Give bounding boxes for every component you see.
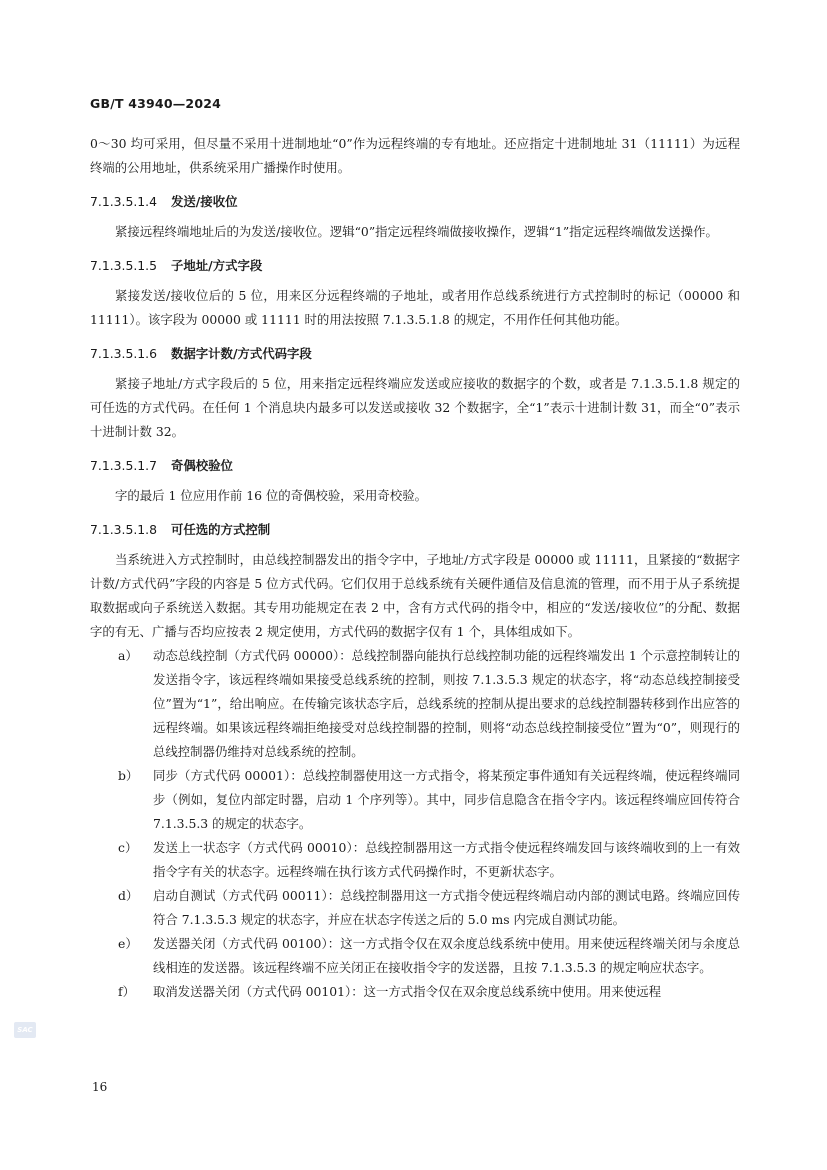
section-title: 可任选的方式控制 bbox=[171, 522, 270, 537]
list-item-text: 发送上一状态字（方式代码 00010）：总线控制器用这一方式指令使远程终端发回与… bbox=[153, 836, 740, 884]
list-item: e） 发送器关闭（方式代码 00100）：这一方式指令仅在双余度总线系统中使用。… bbox=[90, 932, 740, 980]
section-7-1-3-5-1-8: 7.1.3.5.1.8可任选的方式控制 当系统进入方式控制时，由总线控制器发出的… bbox=[90, 518, 740, 1004]
list-item: c） 发送上一状态字（方式代码 00010）：总线控制器用这一方式指令使远程终端… bbox=[90, 836, 740, 884]
list-item: d） 启动自测试（方式代码 00011）：总线控制器用这一方式指令使远程终端启动… bbox=[90, 884, 740, 932]
section-number: 7.1.3.5.1.8 bbox=[90, 522, 157, 537]
section-heading: 7.1.3.5.1.8可任选的方式控制 bbox=[90, 518, 740, 542]
list-item: a） 动态总线控制（方式代码 00000）：总线控制器向能执行总线控制功能的远程… bbox=[90, 644, 740, 764]
section-7-1-3-5-1-6: 7.1.3.5.1.6数据字计数/方式代码字段 紧接子地址/方式字段后的 5 位… bbox=[90, 342, 740, 444]
section-paragraph: 紧接远程终端地址后的为发送/接收位。逻辑“0”指定远程终端做接收操作，逻辑“1”… bbox=[90, 220, 740, 244]
section-paragraph: 字的最后 1 位应用作前 16 位的奇偶校验，采用奇校验。 bbox=[90, 484, 740, 508]
list-item-text: 发送器关闭（方式代码 00100）：这一方式指令仅在双余度总线系统中使用。用来使… bbox=[153, 932, 740, 980]
section-number: 7.1.3.5.1.5 bbox=[90, 258, 157, 273]
intro-paragraph: 0～30 均可采用，但尽量不采用十进制地址“0”作为远程终端的专有地址。还应指定… bbox=[90, 132, 740, 180]
sac-watermark-icon: SAC bbox=[14, 1022, 36, 1038]
page-number: 16 bbox=[92, 1080, 107, 1094]
list-item: b） 同步（方式代码 00001）：总线控制器使用这一方式指令，将某预定事件通知… bbox=[90, 764, 740, 836]
section-7-1-3-5-1-5: 7.1.3.5.1.5子地址/方式字段 紧接发送/接收位后的 5 位，用来区分远… bbox=[90, 254, 740, 332]
section-paragraph: 当系统进入方式控制时，由总线控制器发出的指令字中，子地址/方式字段是 00000… bbox=[90, 548, 740, 644]
list-marker: c） bbox=[90, 836, 153, 884]
section-title: 子地址/方式字段 bbox=[171, 258, 262, 273]
list-marker: b） bbox=[90, 764, 153, 836]
section-title: 奇偶校验位 bbox=[171, 458, 233, 473]
list-item-text: 动态总线控制（方式代码 00000）：总线控制器向能执行总线控制功能的远程终端发… bbox=[153, 644, 740, 764]
list-marker: f） bbox=[90, 980, 153, 1004]
section-7-1-3-5-1-7: 7.1.3.5.1.7奇偶校验位 字的最后 1 位应用作前 16 位的奇偶校验，… bbox=[90, 454, 740, 508]
list-item: f） 取消发送器关闭（方式代码 00101）：这一方式指令仅在双余度总线系统中使… bbox=[90, 980, 740, 1004]
list-marker: e） bbox=[90, 932, 153, 980]
section-heading: 7.1.3.5.1.4发送/接收位 bbox=[90, 190, 740, 214]
section-number: 7.1.3.5.1.6 bbox=[90, 346, 157, 361]
document-body: 0～30 均可采用，但尽量不采用十进制地址“0”作为远程终端的专有地址。还应指定… bbox=[90, 132, 740, 1004]
section-number: 7.1.3.5.1.7 bbox=[90, 458, 157, 473]
list-item-text: 取消发送器关闭（方式代码 00101）：这一方式指令仅在双余度总线系统中使用。用… bbox=[153, 980, 740, 1004]
section-number: 7.1.3.5.1.4 bbox=[90, 194, 157, 209]
section-title: 数据字计数/方式代码字段 bbox=[171, 346, 312, 361]
section-paragraph: 紧接子地址/方式字段后的 5 位，用来指定远程终端应发送或应接收的数据字的个数，… bbox=[90, 372, 740, 444]
section-title: 发送/接收位 bbox=[171, 194, 237, 209]
list-marker: a） bbox=[90, 644, 153, 764]
document-id-header: GB/T 43940—2024 bbox=[90, 96, 221, 111]
section-paragraph: 紧接发送/接收位后的 5 位，用来区分远程终端的子地址，或者用作总线系统进行方式… bbox=[90, 284, 740, 332]
section-heading: 7.1.3.5.1.7奇偶校验位 bbox=[90, 454, 740, 478]
section-heading: 7.1.3.5.1.6数据字计数/方式代码字段 bbox=[90, 342, 740, 366]
list-item-text: 启动自测试（方式代码 00011）：总线控制器用这一方式指令使远程终端启动内部的… bbox=[153, 884, 740, 932]
section-heading: 7.1.3.5.1.5子地址/方式字段 bbox=[90, 254, 740, 278]
section-7-1-3-5-1-4: 7.1.3.5.1.4发送/接收位 紧接远程终端地址后的为发送/接收位。逻辑“0… bbox=[90, 190, 740, 244]
list-item-text: 同步（方式代码 00001）：总线控制器使用这一方式指令，将某预定事件通知有关远… bbox=[153, 764, 740, 836]
mode-code-list: a） 动态总线控制（方式代码 00000）：总线控制器向能执行总线控制功能的远程… bbox=[90, 644, 740, 1004]
list-marker: d） bbox=[90, 884, 153, 932]
